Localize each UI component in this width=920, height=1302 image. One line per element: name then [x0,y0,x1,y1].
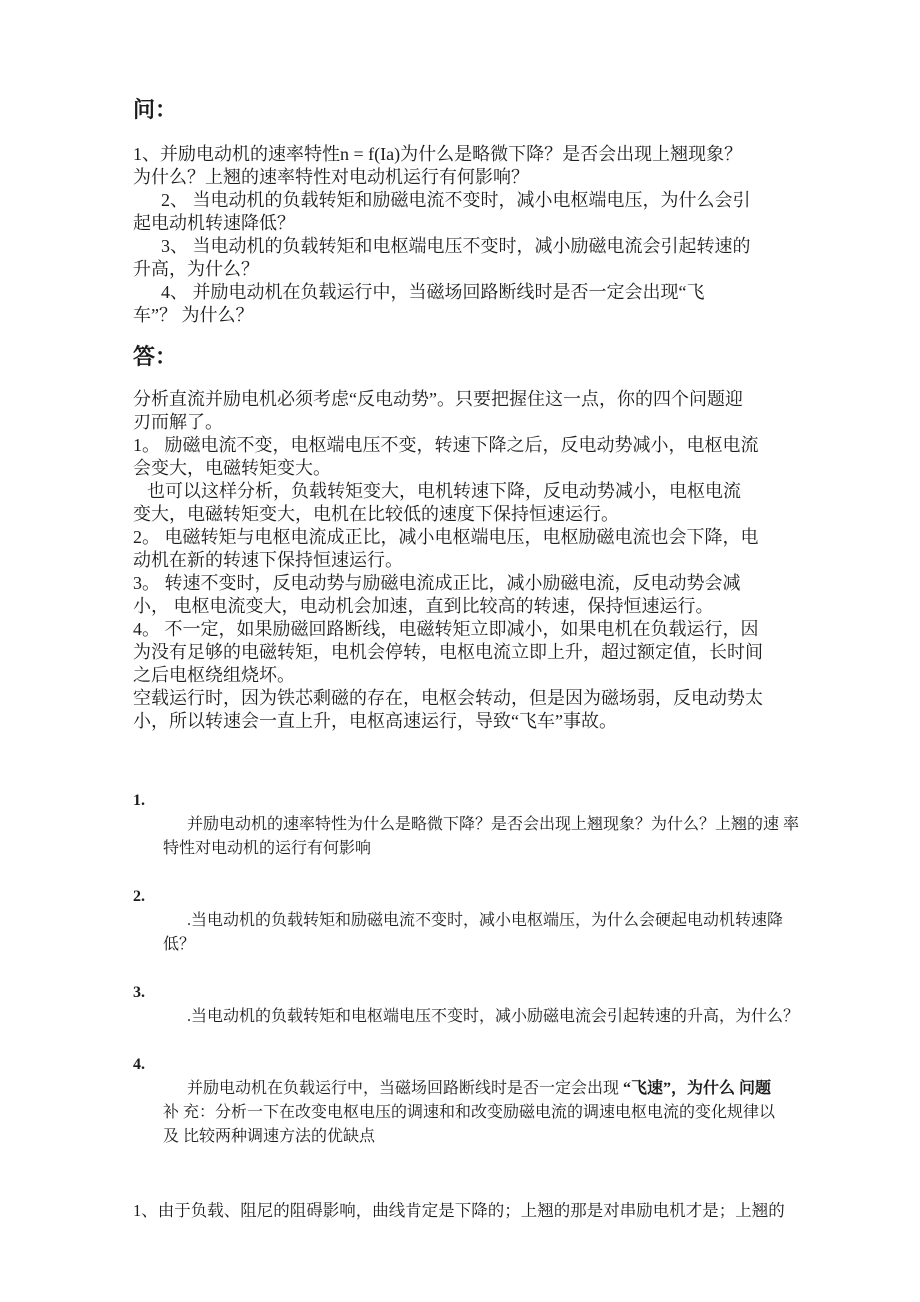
answer-2: 2。 电磁转矩与电枢电流成正比，减小电枢端电压，电枢励磁电流也会下降，电 动机在… [133,526,810,572]
answer-3: 3。 转速不变时，反电动势与励磁电流成正比，减小励磁电流，反电动势会减 小， 电… [133,572,810,618]
list-item-number: 3. [133,981,145,1005]
list-item: 1.并励电动机的速率特性为什么是略微下降？是否会出现上翘现象？为什么？上翘的速 … [133,789,810,885]
answer-4: 4。 不一定，如果励磁回路断线，电磁转矩立即减小，如果电机在负载运行，因 为没有… [133,618,810,687]
list-item-text: 并励电动机在负载运行中，当磁场回路断线时是否一定会出现 [187,1080,623,1097]
restated-question-list: 1.并励电动机的速率特性为什么是略微下降？是否会出现上翘现象？为什么？上翘的速 … [133,789,810,1173]
question-2: 2、 当电动机的负载转矩和励磁电流不变时，减小电枢端电压，为什么会引 起电动机转… [133,189,810,235]
closing-line: 1、由于负载、阻尼的阻碍影响，曲线肯定是下降的；上翘的那是对串励电机才是；上翘的 [133,1199,810,1223]
list-item-number: 2. [133,885,145,909]
list-item: 4.并励电动机在负载运行中，当磁场回路断线时是否一定会出现 “飞速”，为什么 问… [133,1053,810,1173]
list-item-text-bold: “飞速”，为什么 问题 [623,1080,771,1097]
list-item-text: 补 充：分析一下在改变电枢电压的调速和和改变励磁电流的调速电枢电流的变化规律以 … [163,1104,775,1145]
list-item-text: 并励电动机的速率特性为什么是略微下降？是否会出现上翘现象？为什么？上翘的速 率 … [163,816,799,857]
list-item-number: 4. [133,1053,145,1077]
document-page: 问： 1、并励电动机的速率特性n = f(Ia)为什么是略微下降？是否会出现上翘… [0,0,920,1302]
question-3: 3、 当电动机的负载转矩和电枢端电压不变时，减小励磁电流会引起转速的 升高，为什… [133,235,810,281]
answer-1-alternative: 也可以这样分析，负载转矩变大，电机转速下降，反电动势减小，电枢电流 变大，电磁转… [133,480,810,526]
answer-intro: 分析直流并励电机必须考虑“反电动势”。只要把握住这一点，你的四个问题迎 刃而解了… [133,388,810,434]
question-heading: 问： [133,95,810,124]
question-4: 4、 并励电动机在负载运行中，当磁场回路断线时是否一定会出现“飞 车”？ 为什么… [133,281,810,327]
list-item: 3..当电动机的负载转矩和电枢端电压不变时，减小励磁电流会引起转速的升高，为什么… [133,981,810,1053]
answer-no-load-note: 空载运行时，因为铁芯剩磁的存在，电枢会转动，但是因为磁场弱，反电动势太 小，所以… [133,687,810,733]
list-item-number: 1. [133,789,145,813]
list-item-text: .当电动机的负载转矩和励磁电流不变时，减小电枢端压，为什么会硬起电动机转速降 低… [163,912,783,953]
list-item: 2..当电动机的负载转矩和励磁电流不变时，减小电枢端压，为什么会硬起电动机转速降… [133,885,810,981]
answer-1: 1。 励磁电流不变，电枢端电压不变，转速下降之后，反电动势减小，电枢电流 会变大… [133,434,810,480]
question-1: 1、并励电动机的速率特性n = f(Ia)为什么是略微下降？是否会出现上翘现象？… [133,143,810,189]
answer-heading: 答： [133,342,810,371]
list-item-text: .当电动机的负载转矩和电枢端电压不变时，减小励磁电流会引起转速的升高，为什么？ [187,1008,799,1025]
